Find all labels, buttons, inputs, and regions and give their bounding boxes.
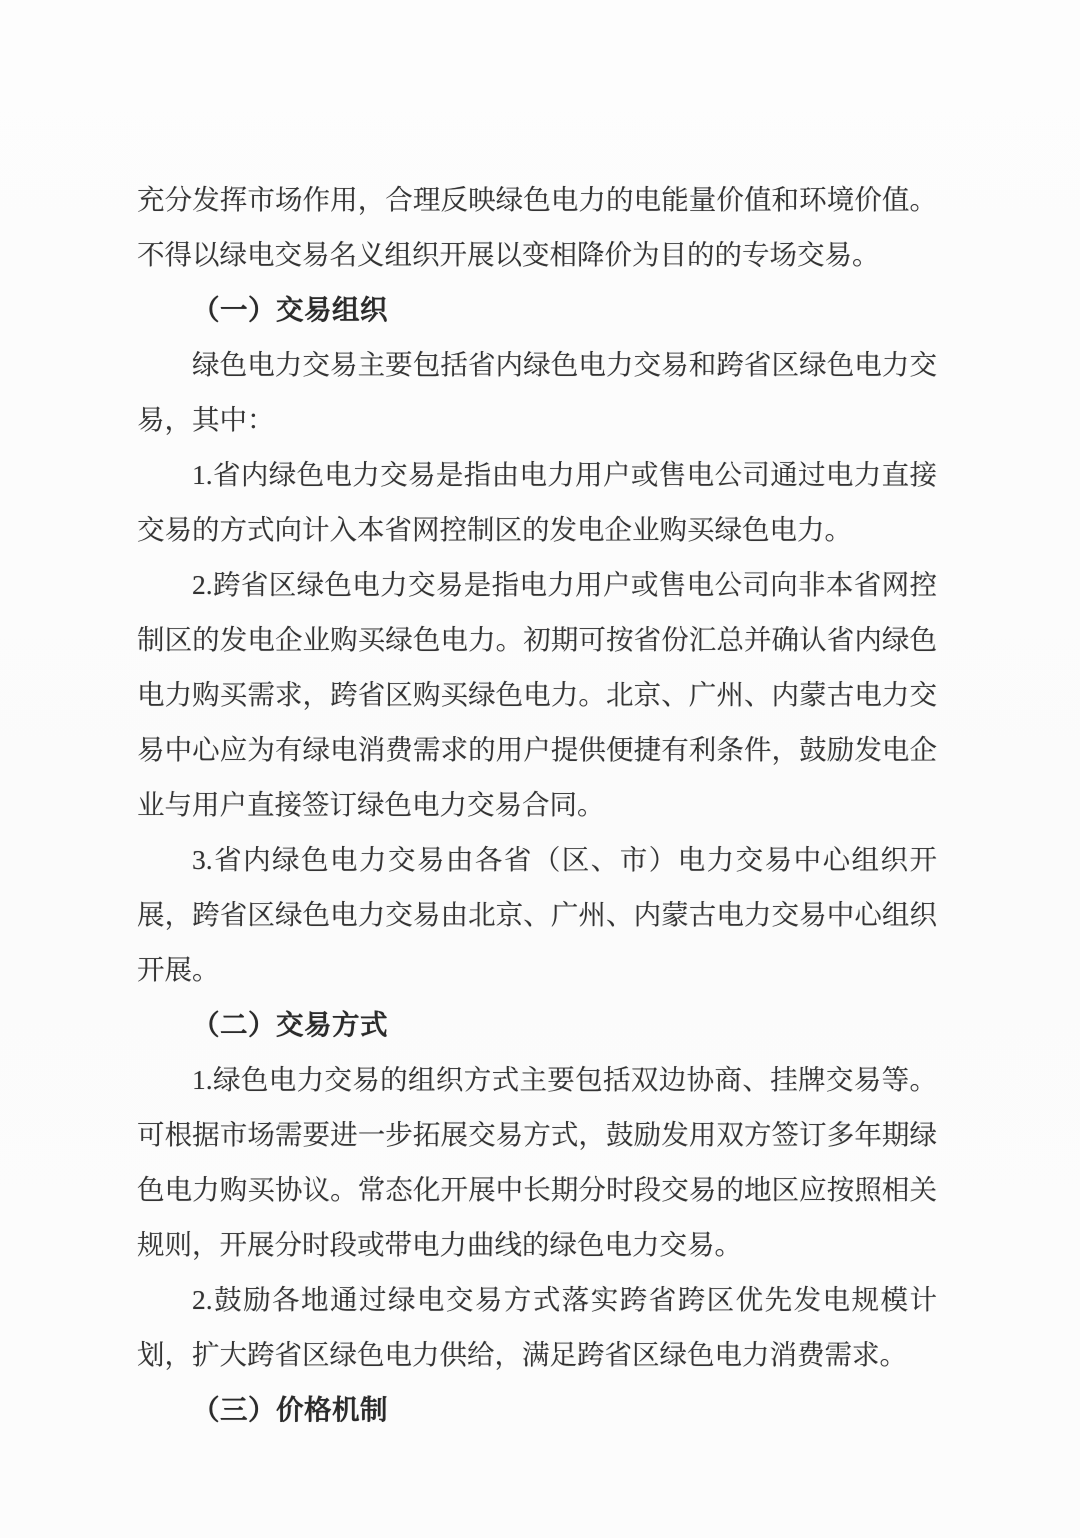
paragraph-item-3-trade-centers: 3.省内绿色电力交易由各省（区、市）电力交易中心组织开展，跨省区绿色电力交易由北… xyxy=(137,832,937,997)
section-heading-2-trade-methods: （二）交易方式 xyxy=(137,997,937,1052)
paragraph-item-1-trade-methods: 1.绿色电力交易的组织方式主要包括双边协商、挂牌交易等。可根据市场需要进一步拓展… xyxy=(137,1052,937,1272)
section-heading-3-price-mechanism: （三）价格机制 xyxy=(137,1382,937,1437)
section-heading-1-trade-organization: （一）交易组织 xyxy=(137,282,937,337)
paragraph-item-1-intra-province: 1.省内绿色电力交易是指由电力用户或售电公司通过电力直接交易的方式向计入本省网控… xyxy=(137,447,937,557)
paragraph-item-2-inter-province: 2.跨省区绿色电力交易是指电力用户或售电公司向非本省网控制区的发电企业购买绿色电… xyxy=(137,557,937,832)
paragraph-intro-continuation: 充分发挥市场作用，合理反映绿色电力的电能量价值和环境价值。不得以绿电交易名义组织… xyxy=(137,172,937,282)
document-body: 充分发挥市场作用，合理反映绿色电力的电能量价值和环境价值。不得以绿电交易名义组织… xyxy=(137,172,937,1437)
document-page: 充分发挥市场作用，合理反映绿色电力的电能量价值和环境价值。不得以绿电交易名义组织… xyxy=(0,0,1080,1538)
paragraph-trade-scope: 绿色电力交易主要包括省内绿色电力交易和跨省区绿色电力交易，其中： xyxy=(137,337,937,447)
paragraph-item-2-priority-generation: 2.鼓励各地通过绿电交易方式落实跨省跨区优先发电规模计划，扩大跨省区绿色电力供给… xyxy=(137,1272,937,1382)
